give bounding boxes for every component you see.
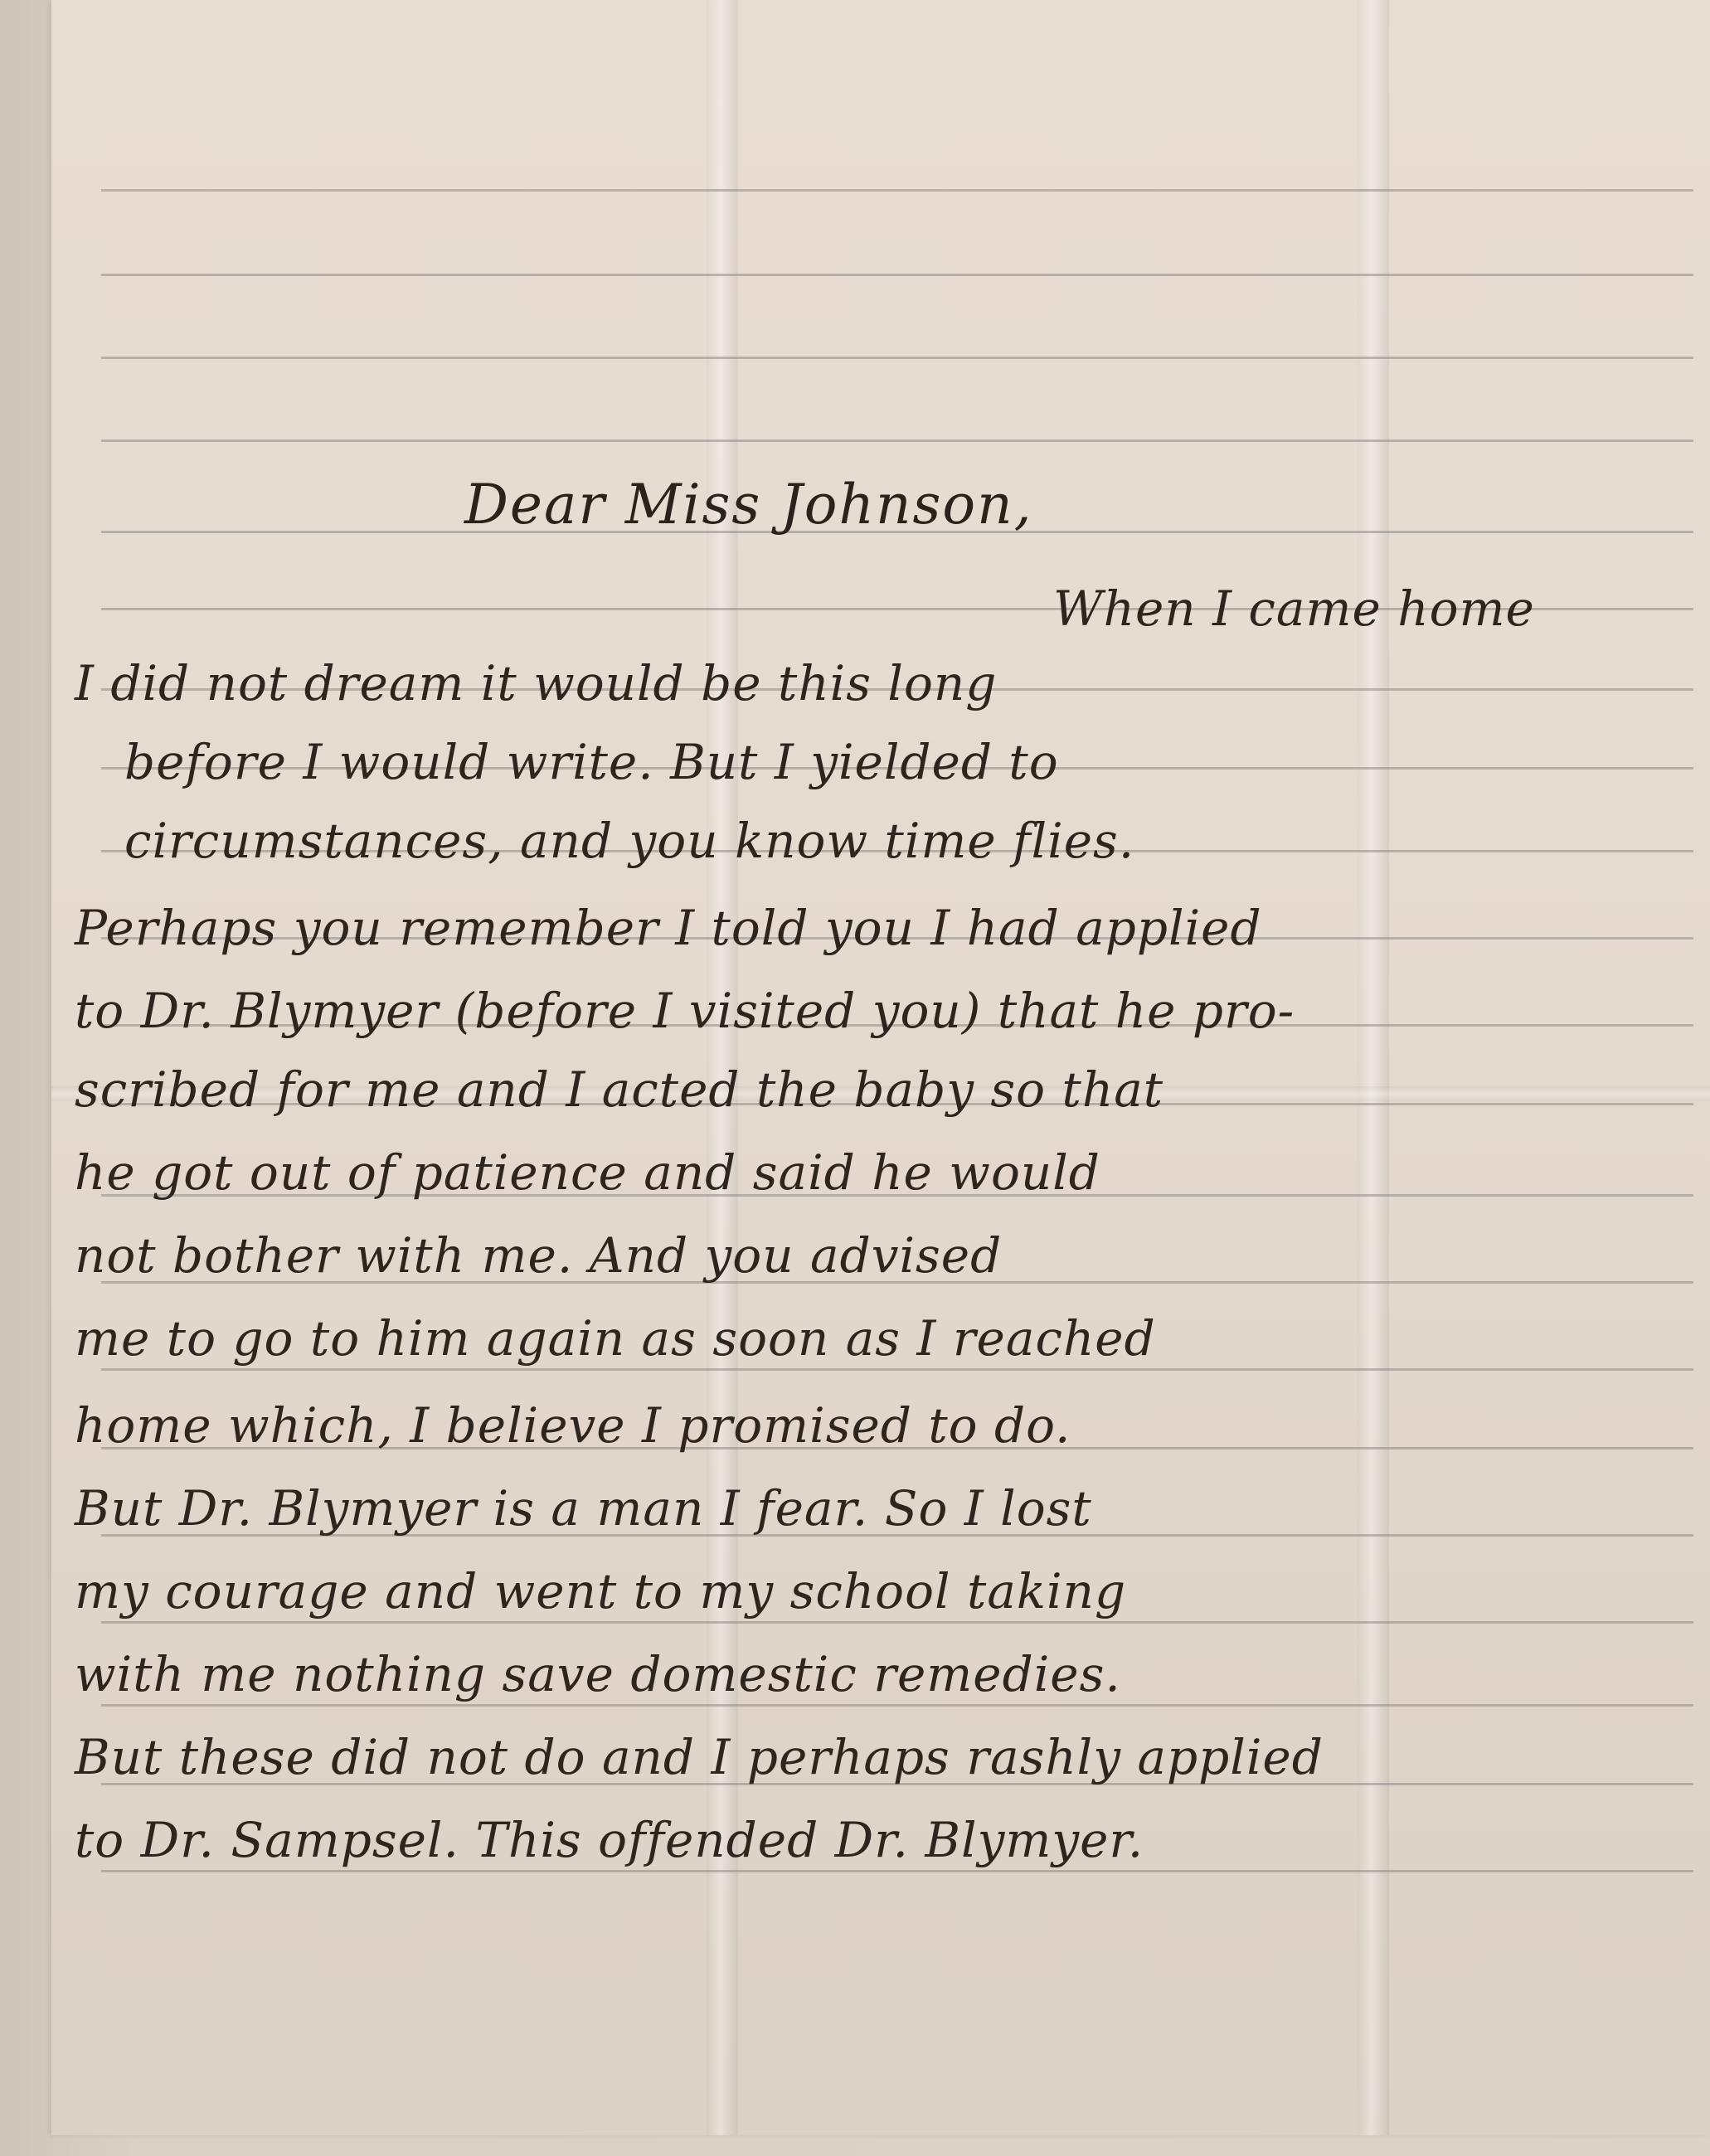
ruled-line — [101, 357, 1693, 359]
ruled-line — [101, 1621, 1693, 1624]
letter-line: my courage and went to my school taking — [75, 1563, 1667, 1619]
letter-line: Perhaps you remember I told you I had ap… — [75, 900, 1667, 956]
ruled-line — [101, 439, 1693, 442]
letter-line: When I came home — [1053, 580, 1710, 637]
letter-line: But Dr. Blymyer is a man I fear. So I lo… — [75, 1480, 1667, 1537]
letter-line: scribed for me and I acted the baby so t… — [75, 1061, 1667, 1118]
ruled-line — [101, 1704, 1693, 1707]
ruled-line — [101, 274, 1693, 276]
letter-line: circumstances, and you know time flies. — [124, 813, 1710, 869]
letter-line: to Dr. Sampsel. This offended Dr. Blymye… — [75, 1812, 1667, 1868]
letter-line: he got out of patience and said he would — [75, 1144, 1667, 1201]
salutation: Dear Miss Johnson, — [464, 473, 1033, 537]
letter-line: But these did not do and I perhaps rashl… — [75, 1729, 1667, 1785]
letter-line: me to go to him again as soon as I reach… — [75, 1310, 1667, 1367]
letter-line: to Dr. Blymyer (before I visited you) th… — [75, 983, 1667, 1039]
ruled-line — [101, 1368, 1693, 1371]
ruled-line — [101, 189, 1693, 192]
letter-line: with me nothing save domestic remedies. — [75, 1646, 1667, 1702]
letter-line: I did not dream it would be this long — [75, 655, 1667, 711]
letter-line: before I would write. But I yielded to — [124, 734, 1710, 790]
letter-line: not bother with me. And you advised — [75, 1227, 1667, 1284]
ruled-line — [101, 1870, 1693, 1872]
letter-line: home which, I believe I promised to do. — [75, 1397, 1667, 1454]
